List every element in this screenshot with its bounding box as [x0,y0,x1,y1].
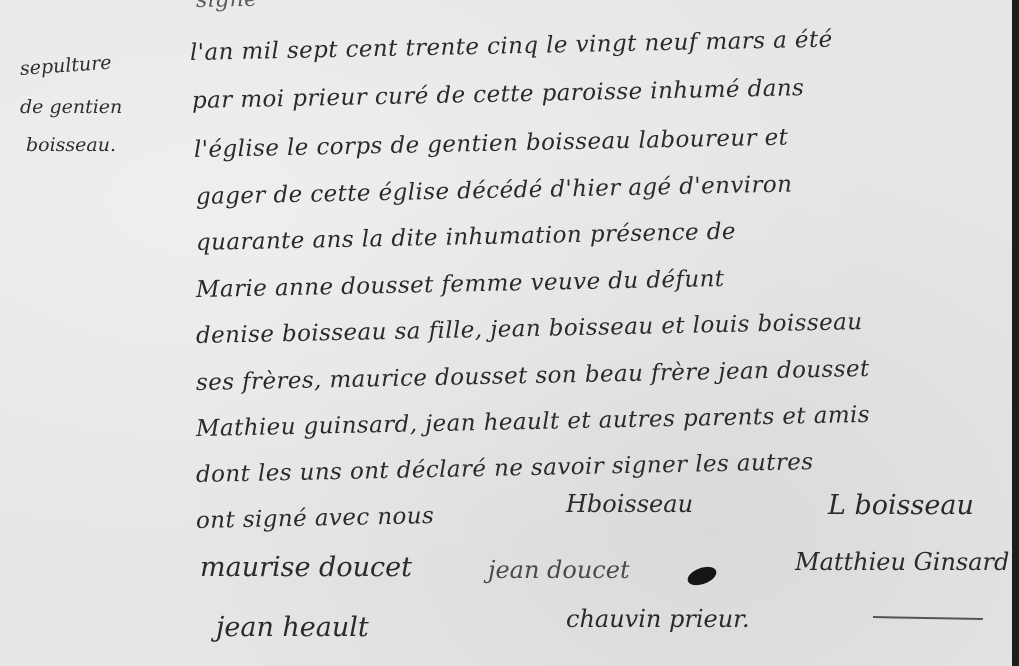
signature-jean-heault: jean heault [216,612,369,643]
signature-matthieu-ginsard: Matthieu Ginsard [795,548,1009,576]
record-line: quarante ans la dite inhumation présence… [196,219,736,256]
record-line: l'an mil sept cent trente cinq le vingt … [190,27,833,66]
register-page: signé sepulture de gentien boisseau. l'a… [0,0,1019,666]
record-line: gager de cette église décédé d'hier agé … [196,172,793,210]
record-line: dont les uns ont déclaré ne savoir signe… [196,449,814,488]
record-line: l'église le corps de gentien boisseau la… [194,125,789,163]
signature-jean-doucet: jean doucet [488,556,630,584]
record-line: denise boisseau sa fille, jean boisseau … [196,309,863,349]
signature-hboisseau: Hboisseau [566,490,693,518]
record-line: par moi prieur curé de cette paroisse in… [192,75,805,114]
record-line: ont signé avec nous [196,503,435,534]
signature-chauvin-prieur: chauvin prieur. [566,605,750,633]
signature-l-boisseau: L boisseau [828,490,974,521]
record-line: ses frères, maurice dousset son beau frè… [196,356,870,396]
record-line: Marie anne dousset femme veuve du défunt [196,266,725,303]
signature-maurise-doucet: maurise doucet [200,552,412,583]
page-binding-edge [1012,0,1019,666]
record-line: Mathieu guinsard, jean heault et autres … [196,402,871,442]
